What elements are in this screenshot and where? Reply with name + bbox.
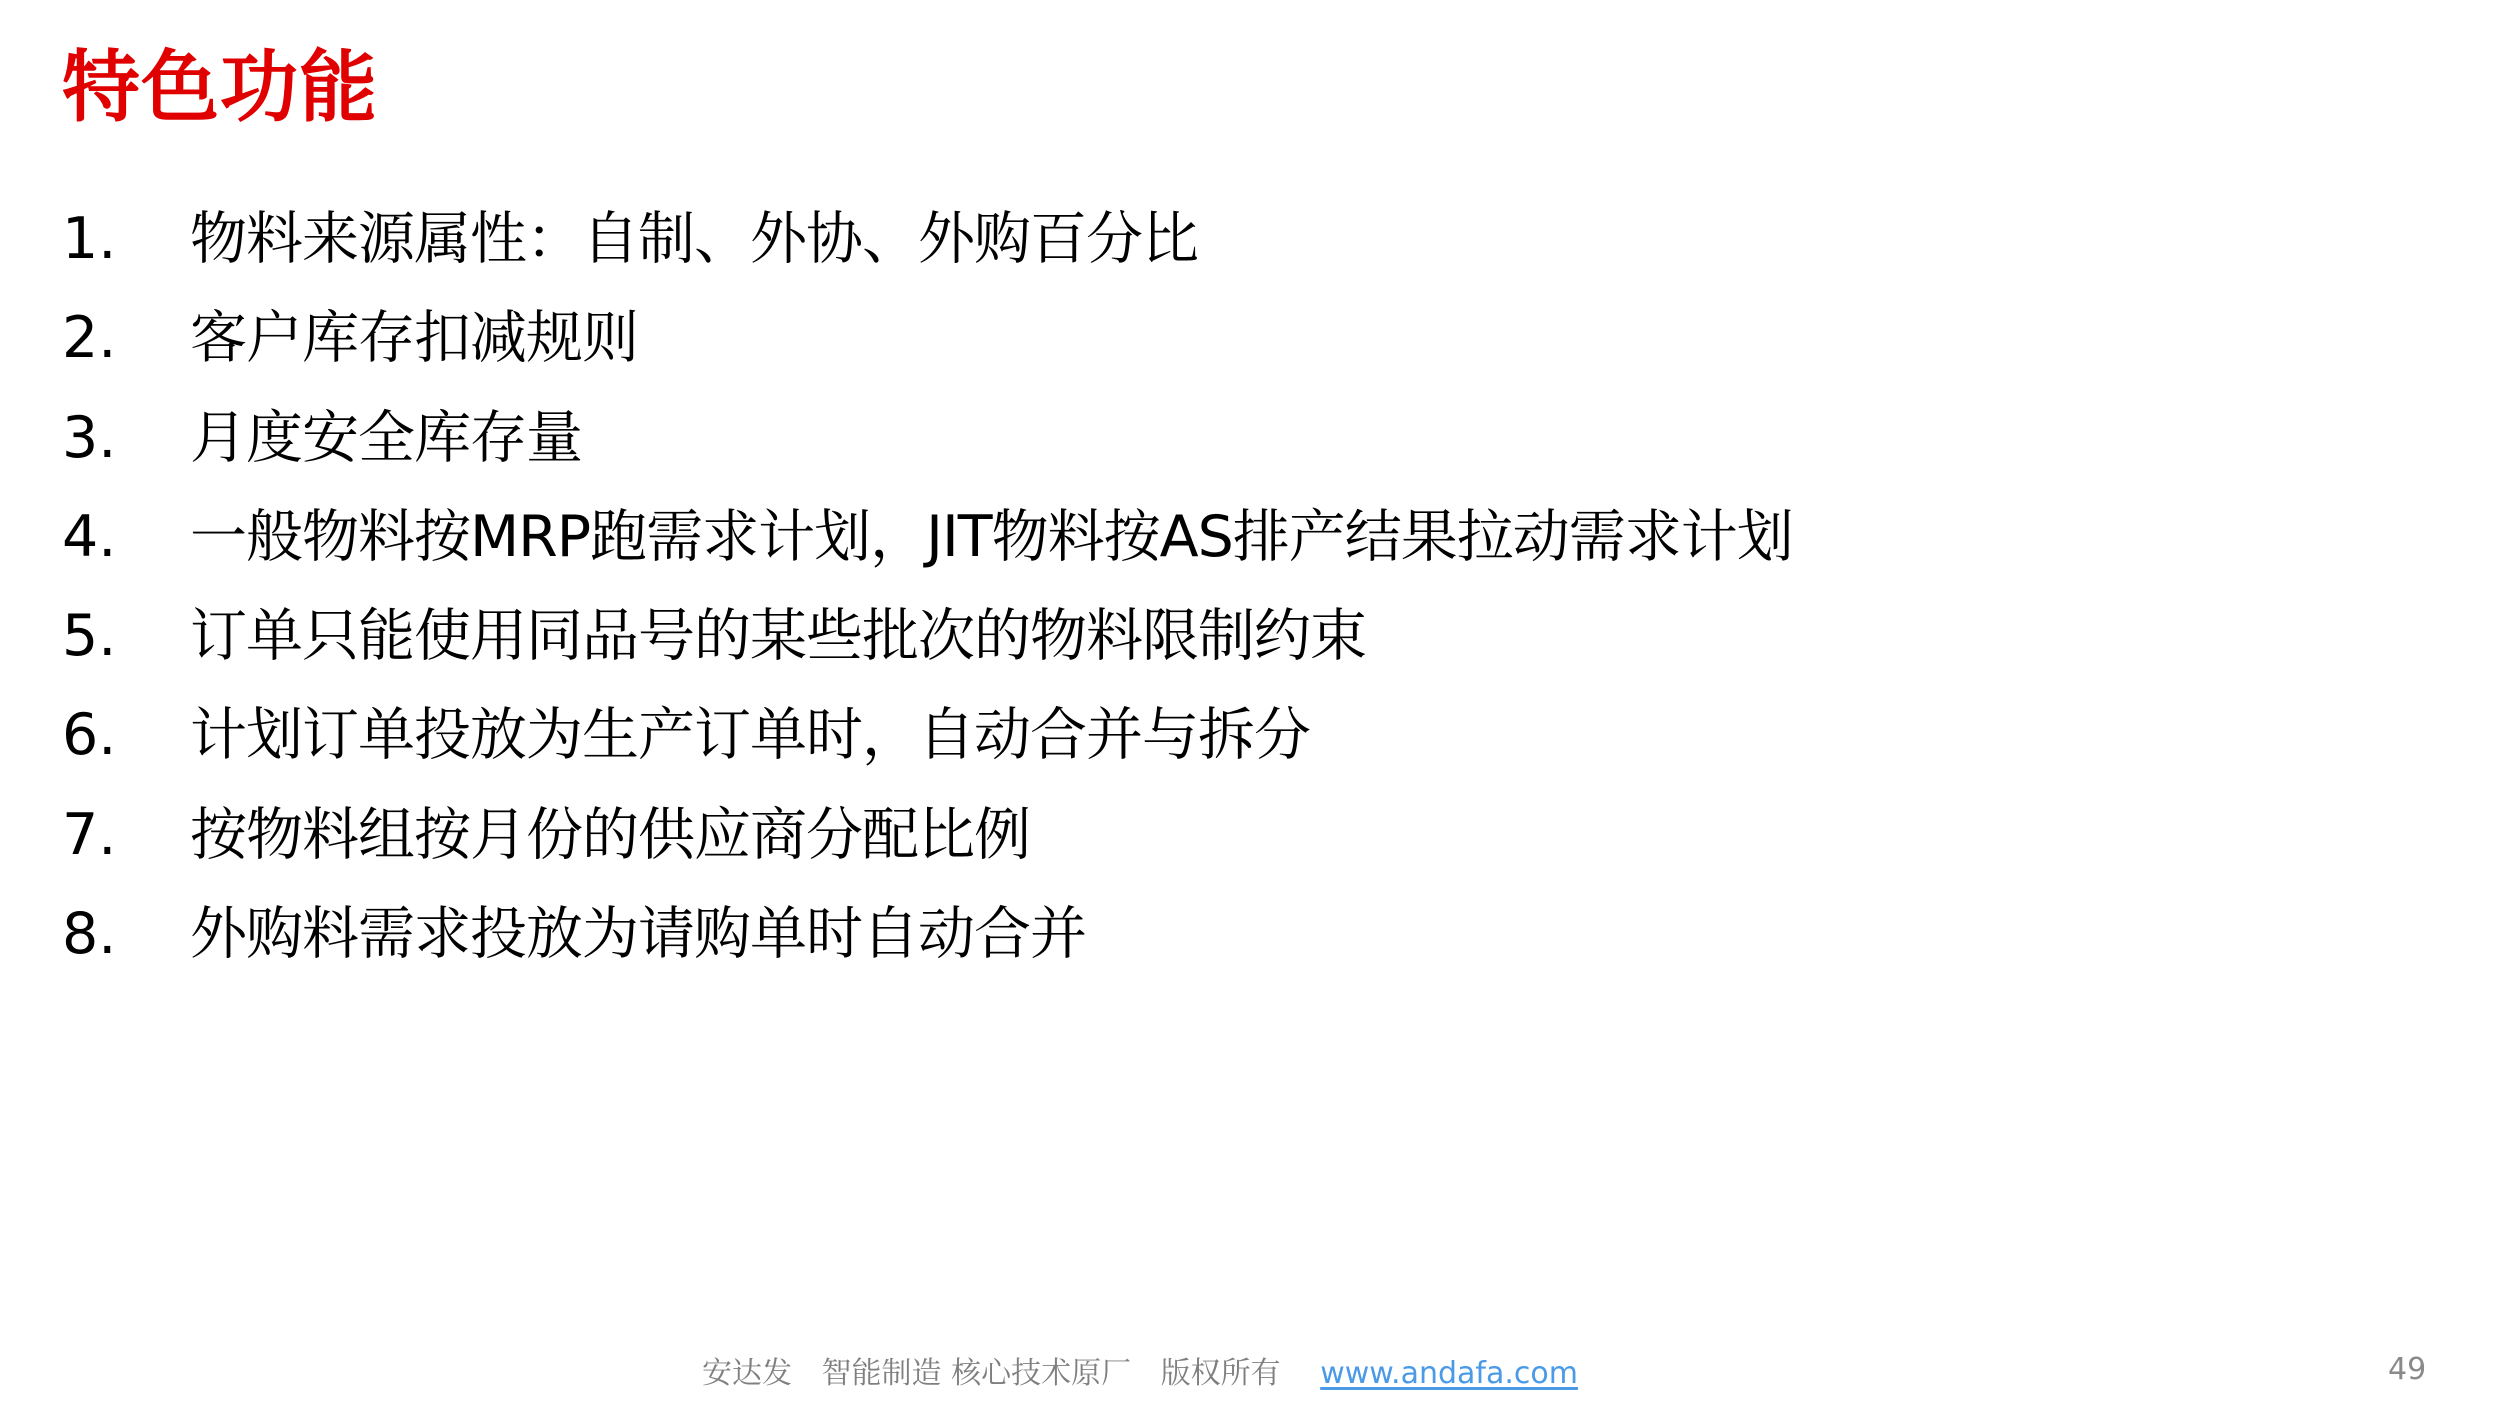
item-number: 5. bbox=[62, 587, 190, 686]
website-link[interactable]: www.andafa.com bbox=[1320, 1356, 1578, 1391]
footer-slogan: 智能制造 核心技术原厂 bbox=[822, 1356, 1132, 1391]
item-number: 8. bbox=[62, 885, 190, 984]
item-text: 按物料组按月份的供应商分配比例 bbox=[190, 786, 1030, 885]
footer: 安达发 智能制造 核心技术原厂 版权所有 www.andafa.com bbox=[702, 1350, 1578, 1398]
list-item: 2. 客户库存扣减规则 bbox=[62, 289, 1793, 388]
page-number: 49 bbox=[2388, 1350, 2426, 1390]
item-text: 计划订单投放为生产订单时，自动合并与拆分 bbox=[190, 686, 1310, 785]
item-number: 1. bbox=[62, 190, 190, 289]
list-item: 3. 月度安全库存量 bbox=[62, 389, 1793, 488]
list-item: 8. 外购料需求投放为请购单时自动合并 bbox=[62, 885, 1793, 984]
item-text: 外购料需求投放为请购单时自动合并 bbox=[190, 885, 1086, 984]
list-item: 5. 订单只能使用同品号的某些批次的物料限制约束 bbox=[62, 587, 1793, 686]
item-number: 6. bbox=[62, 686, 190, 785]
item-text: 一般物料按MRP跑需求计划，JIT物料按AS排产结果拉动需求计划 bbox=[190, 488, 1793, 587]
list-item: 4. 一般物料按MRP跑需求计划，JIT物料按AS排产结果拉动需求计划 bbox=[62, 488, 1793, 587]
item-number: 2. bbox=[62, 289, 190, 388]
item-number: 3. bbox=[62, 389, 190, 488]
item-number: 4. bbox=[62, 488, 190, 587]
list-item: 1. 物料来源属性：自制、外协、外购百分比 bbox=[62, 190, 1793, 289]
list-item: 6. 计划订单投放为生产订单时，自动合并与拆分 bbox=[62, 686, 1793, 785]
item-text: 物料来源属性：自制、外协、外购百分比 bbox=[190, 190, 1198, 289]
item-number: 7. bbox=[62, 786, 190, 885]
item-text: 订单只能使用同品号的某些批次的物料限制约束 bbox=[190, 587, 1366, 686]
item-text: 客户库存扣减规则 bbox=[190, 289, 638, 388]
feature-list: 1. 物料来源属性：自制、外协、外购百分比 2. 客户库存扣减规则 3. 月度安… bbox=[62, 190, 1793, 984]
slide-title: 特色功能 bbox=[62, 38, 378, 138]
footer-company: 安达发 bbox=[702, 1356, 792, 1391]
list-item: 7. 按物料组按月份的供应商分配比例 bbox=[62, 786, 1793, 885]
item-text: 月度安全库存量 bbox=[190, 389, 582, 488]
footer-copyright: 版权所有 bbox=[1161, 1356, 1281, 1391]
